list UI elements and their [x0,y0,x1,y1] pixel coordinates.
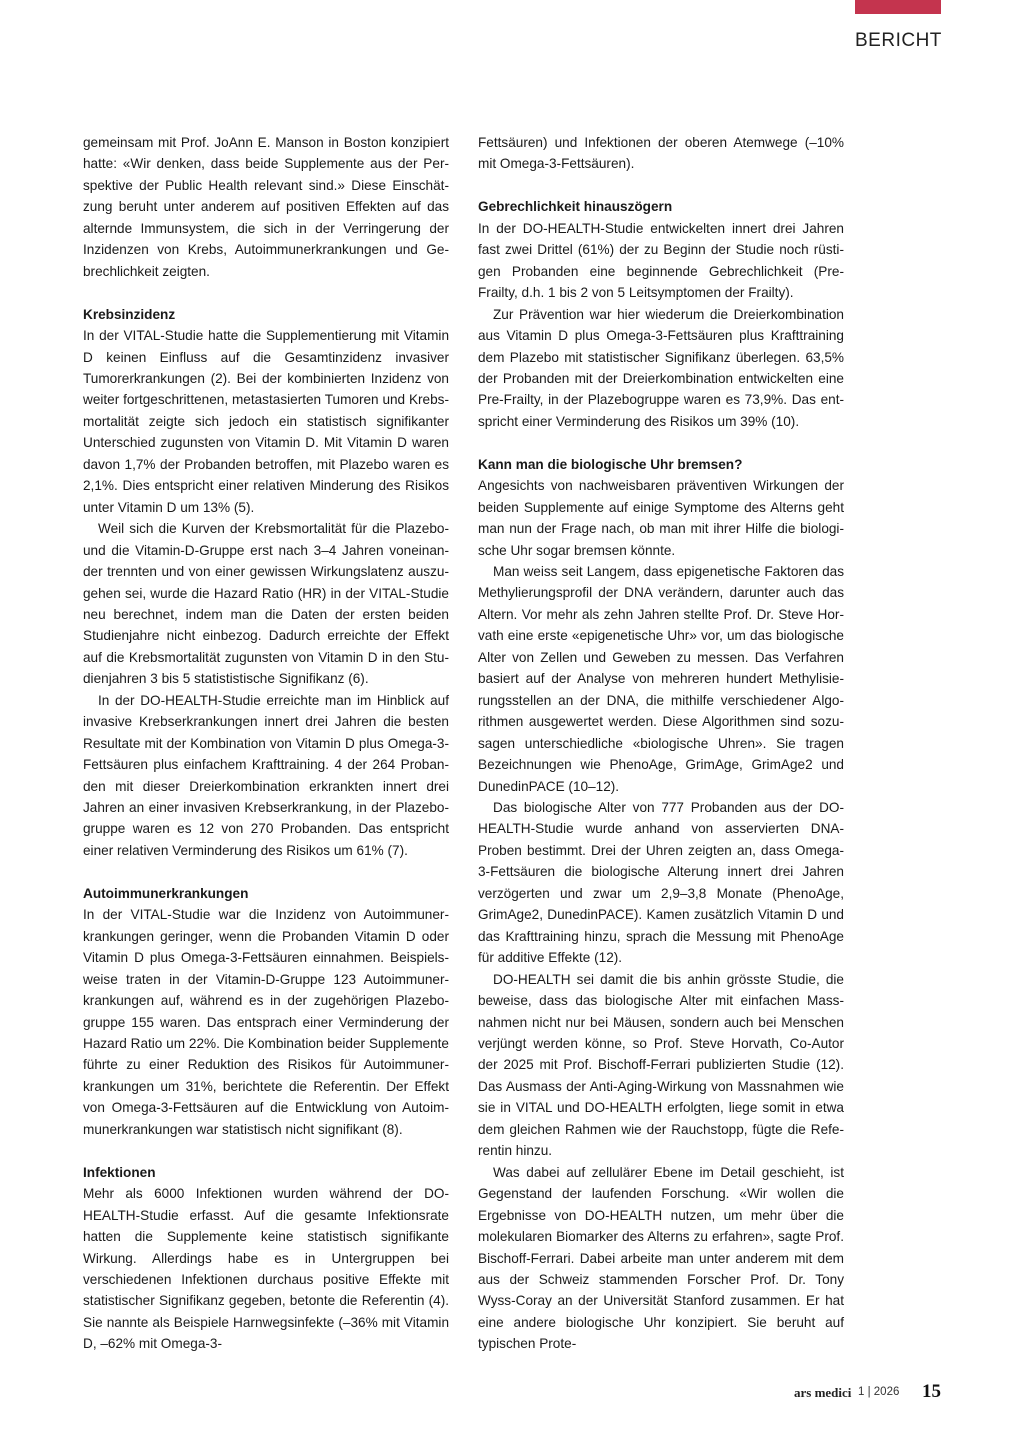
heading-autoimmunerkrankungen: Autoimmunerkrankungen [83,883,449,904]
paragraph: Weil sich die Kurven der Krebsmortalität… [83,518,449,690]
page-number: 15 [922,1381,941,1403]
paragraph: Das biologische Alter von 777 Probanden … [478,797,844,969]
section-label: BERICHT [855,30,942,52]
page-footer: ars medici 1 | 2026 15 [0,1383,1024,1407]
paragraph: Zur Prävention war hier wiederum die Dre… [478,304,844,433]
section-accent-bar [855,0,941,14]
paragraph: DO-HEALTH sei damit die bis anhin grösst… [478,969,844,1162]
paragraph: Mehr als 6000 Infektionen wurden während… [83,1183,449,1355]
paragraph: Angesichts von nachweisbaren präventiven… [478,475,844,561]
heading-gebrechlichkeit: Gebrechlichkeit hinauszögern [478,196,844,217]
paragraph: In der DO-HEALTH-Studie entwickelten inn… [478,218,844,304]
left-column: gemeinsam mit Prof. JoAnn E. Manson in B… [83,132,449,1355]
paragraph: In der VITAL-Studie war die Inzidenz von… [83,904,449,1140]
paragraph: Man weiss seit Langem, dass epigenetisch… [478,561,844,797]
paragraph: In der VITAL-Studie hatte die Supplement… [83,325,449,518]
journal-name: ars medici [794,1385,851,1401]
issue-number: 1 | 2026 [858,1386,899,1398]
paragraph: In der DO-HEALTH-Studie erreichte man im… [83,690,449,862]
paragraph: Was dabei auf zellulärer Ebene im Detail… [478,1162,844,1355]
paragraph-intro: gemeinsam mit Prof. JoAnn E. Manson in B… [83,132,449,282]
heading-krebsinzidenz: Krebsinzidenz [83,304,449,325]
paragraph: Fettsäuren) und Infektionen der oberen A… [478,132,844,175]
right-column: Fettsäuren) und Infektionen der oberen A… [478,132,844,1355]
heading-biologische-uhr: Kann man die biologische Uhr bremsen? [478,454,844,475]
heading-infektionen: Infektionen [83,1162,449,1183]
